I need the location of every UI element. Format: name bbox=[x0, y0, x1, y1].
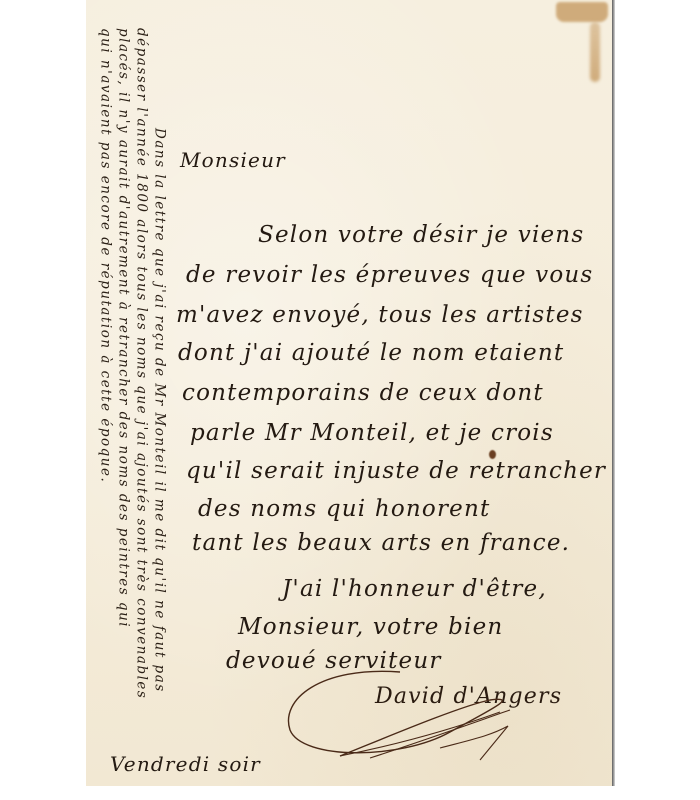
paper-edge-shadow bbox=[612, 0, 615, 786]
margin-note-line: qui n'avaient pas encore de réputation à… bbox=[98, 28, 112, 483]
body-line: parle Mr Monteil, et je crois bbox=[190, 420, 554, 446]
date-line: Vendredi soir bbox=[110, 752, 261, 776]
body-line: tant les beaux arts en france. bbox=[192, 530, 570, 556]
body-line: de revoir les épreuves que vous bbox=[186, 262, 593, 288]
foxing-stain bbox=[556, 2, 608, 22]
margin-note-line: dépasser l'année 1800 alors tous les nom… bbox=[134, 28, 148, 699]
closing-line: Monsieur, votre bien bbox=[238, 614, 503, 640]
closing-line: devoué serviteur bbox=[226, 648, 442, 674]
body-line: contemporains de ceux dont bbox=[182, 380, 544, 406]
margin-note-line: Dans la lettre que j'ai reçu de Mr Monte… bbox=[152, 128, 166, 693]
body-line: Selon votre désir je viens bbox=[258, 222, 584, 248]
closing-line: J'ai l'honneur d'être, bbox=[282, 576, 547, 602]
salutation: Monsieur bbox=[180, 148, 286, 172]
margin-note: Dans la lettre que j'ai reçu de Mr Monte… bbox=[96, 8, 176, 778]
body-line: m'avez envoyé, tous les artistes bbox=[176, 302, 584, 328]
ink-blot bbox=[489, 450, 496, 459]
body-line: des noms qui honorent bbox=[198, 496, 490, 522]
margin-note-line: placés, il n'y aurait d'autrement à retr… bbox=[116, 28, 130, 628]
body-line: qu'il serait injuste de retrancher bbox=[186, 458, 606, 484]
signature: David d'Angers bbox=[375, 684, 562, 709]
foxing-stain-drip bbox=[590, 22, 600, 82]
body-line: dont j'ai ajouté le nom etaient bbox=[178, 340, 564, 366]
